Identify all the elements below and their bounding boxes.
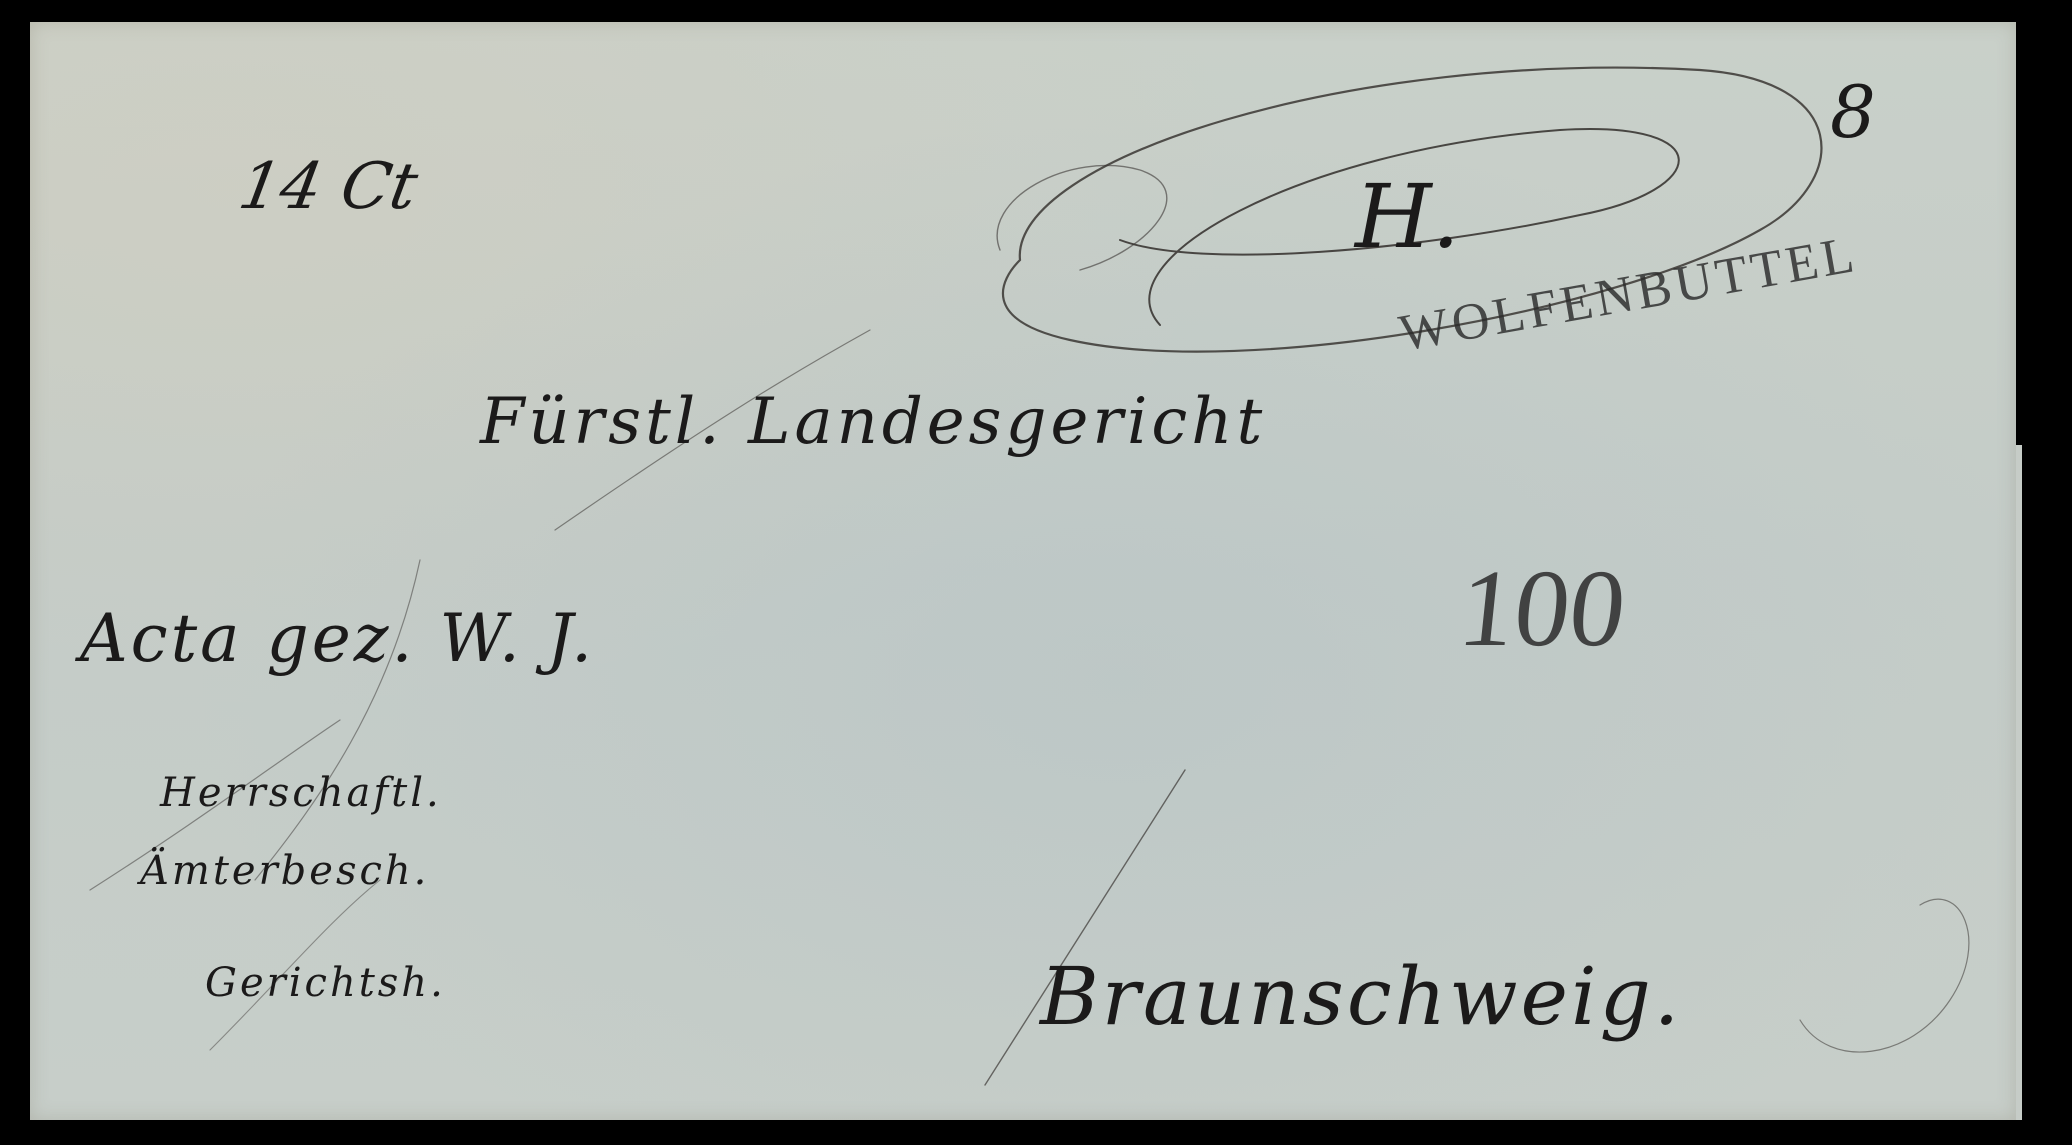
rate-marking-top-right: 8 [1830,70,1876,154]
charge-stamp-100: 100 [1453,545,1631,672]
rate-marking-top-left: 14 Ct [233,150,423,224]
address-line-1: Fürstl. Landesgericht [480,385,1266,459]
docket-line-2: Herrschaftl. [160,770,442,816]
docket-line-3: Ämterbesch. [140,848,429,894]
address-city: Braunschweig. [1040,950,1682,1043]
flourish-initial: H. [1355,165,1460,268]
docket-line-4: Gerichtsh. [205,960,446,1006]
docket-line-1: Acta gez. W. J. [80,600,595,677]
